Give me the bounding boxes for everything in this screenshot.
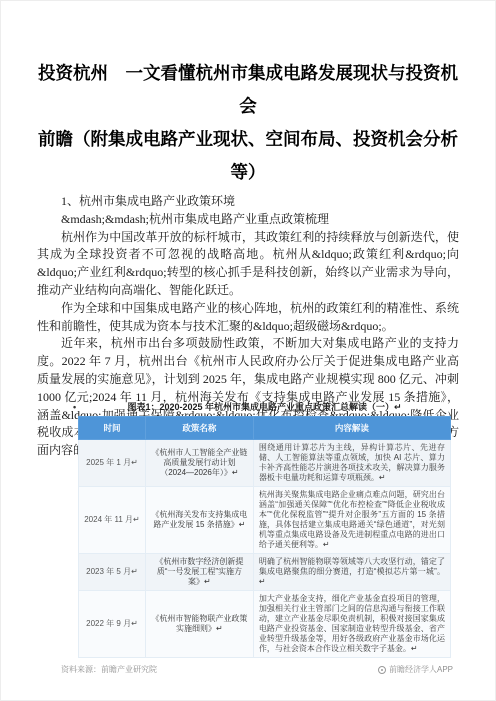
article-title: 投资杭州 一文看懂杭州市集成电路发展现状与投资机会 前瞻（附集成电路产业现状、空… [31,57,465,189]
paragraph: 杭州作为中国改革开放的标杆城市，其政策红利的持续释放与创新迭代，使其成为全球投资… [37,229,459,300]
time-cell: 2022 年 9 月↵ [79,591,146,658]
policy-cell: 《杭州海关发布支持集成电路产业发展 15 条措施》↵ [145,487,253,554]
table-caption: 图表1：2020-2025 年杭州市集成电路产业重点政策汇总解读（一）↵ [127,402,401,412]
figure-block: • 图表1：2020-2025 年杭州市集成电路产业重点政策汇总解读（一）↵ 时… [61,402,453,675]
figure-footer: 资料来源：前瞻产业研究院 前瞻经济学人APP [61,664,453,675]
source-note: 资料来源：前瞻产业研究院 [61,664,157,675]
table-row: 2022 年 9 月↵ 《杭州市智能物联产业政策实施细则》↵ 加大产业基金支持，… [79,591,451,658]
document-page: 投资杭州 一文看懂杭州市集成电路发展现状与投资机会 前瞻（附集成电路产业现状、空… [0,0,496,701]
article-title-line2: 前瞻（附集成电路产业现状、空间布局、投资机会分析等） [31,123,465,189]
time-cell: 2024 年 11 月↵ [79,487,146,554]
policy-cell: 《杭州市数字经济创新提质“一号发展工程”实施方案》↵ [145,554,253,591]
qianzhan-logo-icon [378,666,386,674]
table-row: 2023 年 5 月↵ 《杭州市数字经济创新提质“一号发展工程”实施方案》↵ 明… [79,554,451,591]
header-policy-name: 政策名称 [145,417,253,440]
section-heading: 1、杭州市集成电路产业政策环境 [37,193,459,211]
content-cell: 围绕通用计算芯片为主线，异构计算芯片、先进存储、人工智能算法等重点领域，加快 A… [253,440,450,487]
table-caption-row: • 图表1：2020-2025 年杭州市集成电路产业重点政策汇总解读（一）↵ [78,402,451,413]
content-cell: 杭州海关聚焦集成电路企业痛点难点问题，研究出台涵盖“加强通关保障”“优化布控检查… [253,487,450,554]
policy-cell: 《杭州市智能物联产业政策实施细则》↵ [145,591,253,658]
table-header-row: 时间 政策名称 内容解读 [79,417,451,440]
table-row: 2024 年 11 月↵ 《杭州海关发布支持集成电路产业发展 15 条措施》↵ … [79,487,451,554]
content-cell: 加大产业基金支持，细化产业基金直投项目的管理，加强相关行业主管部门之间的信息沟通… [253,591,450,658]
header-time: 时间 [79,417,146,440]
caption-bullet-icon: • [73,402,76,413]
policy-table: 时间 政策名称 内容解读 2025 年 1 月↵ 《杭州市人工智能全产业链高质量… [78,416,451,658]
brand-badge: 前瞻经济学人APP [378,664,453,675]
time-cell: 2023 年 5 月↵ [79,554,146,591]
brand-label: 前瞻经济学人APP [389,664,453,675]
table-row: 2025 年 1 月↵ 《杭州市人工智能全产业链高质量发展行动计划（2024—2… [79,440,451,487]
content-cell: 明确了杭州智能物联等领域等八大攻坚行动，锚定了集成电路聚焦的细分赛道，打造“模拟… [253,554,450,591]
article-title-line1: 投资杭州 一文看懂杭州市集成电路发展现状与投资机会 [31,57,465,123]
header-content: 内容解读 [253,417,450,440]
policy-cell: 《杭州市人工智能全产业链高质量发展行动计划（2024—2026年）》↵ [145,440,253,487]
subtitle-dash-line: &mdash;&mdash;杭州市集成电路产业重点政策梳理 [37,211,459,229]
paragraph: 作为全球和中国集成电路产业的核心阵地，杭州的政策红利的精准性、系统性和前瞻性，使… [37,300,459,336]
time-cell: 2025 年 1 月↵ [79,440,146,487]
